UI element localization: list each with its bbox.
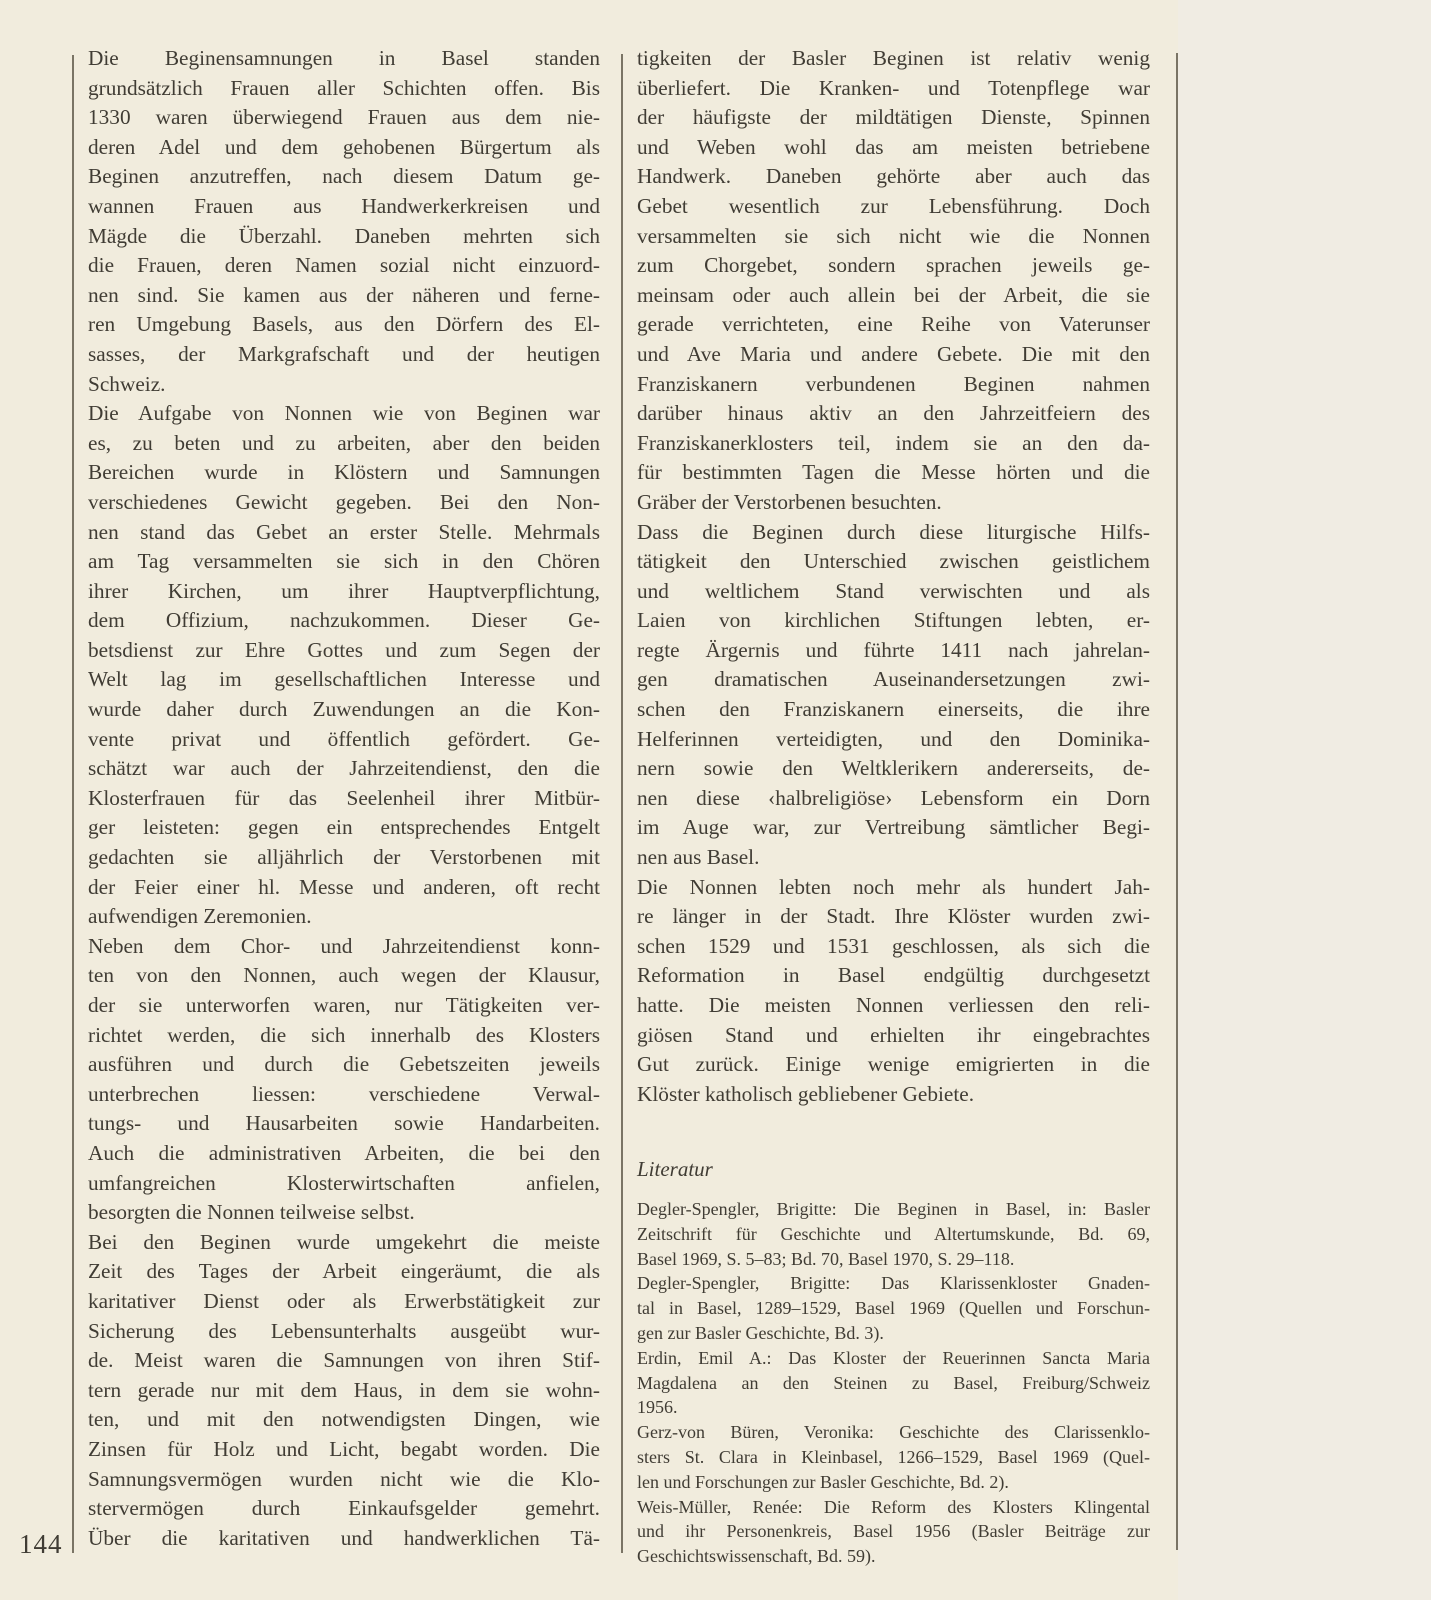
text-line: umfangreichen Klosterwirtschaften anfiel… (88, 1169, 600, 1199)
text-line: hatte. Die meisten Nonnen verliessen den… (637, 991, 1150, 1021)
text-line: tal in Basel, 1289–1529, Basel 1969 (Que… (637, 1296, 1150, 1321)
text-line: sasses, der Markgrafschaft und der heuti… (88, 340, 600, 370)
text-line: de. Meist waren die Samnungen von ihren … (88, 1346, 600, 1376)
text-line: ren Umgebung Basels, aus den Dörfern des… (88, 310, 600, 340)
text-line: Erdin, Emil A.: Das Kloster der Reuerinn… (637, 1346, 1150, 1371)
text-line: der sie unterworfen waren, nur Tätigkeit… (88, 991, 600, 1021)
right-text-column: tigkeiten der Basler Beginen ist relativ… (637, 44, 1150, 1569)
right-column-body-text: tigkeiten der Basler Beginen ist relativ… (637, 44, 1150, 1109)
text-line: Mägde die Überzahl. Daneben mehrten sich (88, 222, 600, 252)
text-line: Dass die Beginen durch diese liturgische… (637, 518, 1150, 548)
text-line: ger leisteten: gegen ein entsprechendes … (88, 813, 600, 843)
text-line: aufwendigen Zeremonien. (88, 902, 600, 932)
text-line: meinsam oder auch allein bei der Arbeit,… (637, 281, 1150, 311)
text-line: gedachten sie alljährlich der Verstorben… (88, 843, 600, 873)
text-line: dem Offizium, nachzukommen. Dieser Ge- (88, 606, 600, 636)
text-line: ten von den Nonnen, auch wegen der Klaus… (88, 961, 600, 991)
text-line: Sicherung des Lebensunterhalts ausgeübt … (88, 1317, 600, 1347)
text-line: besorgten die Nonnen teilweise selbst. (88, 1198, 600, 1228)
text-line: karitativer Dienst oder als Erwerbstätig… (88, 1287, 600, 1317)
text-line: die Frauen, deren Namen sozial nicht ein… (88, 251, 600, 281)
scanned-book-page: 144 Die Beginensamnungen in Basel stande… (0, 0, 1431, 1600)
text-line: grundsätzlich Frauen aller Schichten off… (88, 74, 600, 104)
literature-heading: Literatur (637, 1155, 1150, 1185)
page-number: 144 (19, 1529, 63, 1559)
text-line: Schweiz. (88, 370, 600, 400)
page-right-margin (1178, 0, 1431, 1600)
text-line: gen zur Basler Geschichte, Bd. 3). (637, 1321, 1150, 1346)
literature-entries: Degler-Spengler, Brigitte: Die Beginen i… (637, 1197, 1150, 1569)
text-line: Handwerk. Daneben gehörte aber auch das (637, 162, 1150, 192)
right-margin-rule (1176, 53, 1178, 1550)
text-line: Reformation in Basel endgültig durchgese… (637, 961, 1150, 991)
text-line: wannen Frauen aus Handwerkerkreisen und (88, 192, 600, 222)
text-line: nen sind. Sie kamen aus der näheren und … (88, 281, 600, 311)
text-line: schätzt war auch der Jahrzeitendienst, d… (88, 754, 600, 784)
text-line: unterbrechen liessen: verschiedene Verwa… (88, 1080, 600, 1110)
text-line: Geschichtswissenschaft, Bd. 59). (637, 1544, 1150, 1569)
text-line: regte Ärgernis und führte 1411 nach jahr… (637, 636, 1150, 666)
text-line: 1330 waren überwiegend Frauen aus dem ni… (88, 103, 600, 133)
text-line: Welt lag im gesellschaftlichen Interesse… (88, 665, 600, 695)
text-line: am Tag versammelten sie sich in den Chör… (88, 547, 600, 577)
text-line: tungs- und Hausarbeiten sowie Handarbeit… (88, 1109, 600, 1139)
text-line: schen 1529 und 1531 geschlossen, als sic… (637, 932, 1150, 962)
column-divider-rule (621, 54, 623, 1553)
text-line: schen den Franziskanern einerseits, die … (637, 695, 1150, 725)
text-line: len und Forschungen zur Basler Geschicht… (637, 1470, 1150, 1495)
text-line: Klosterfrauen für das Seelenheil ihrer M… (88, 784, 600, 814)
text-line: Gebet wesentlich zur Lebensführung. Doch (637, 192, 1150, 222)
text-line: der Feier einer hl. Messe und anderen, o… (88, 873, 600, 903)
text-line: richtet werden, die sich innerhalb des K… (88, 1021, 600, 1051)
text-line: Laien von kirchlichen Stiftungen lebten,… (637, 606, 1150, 636)
text-line: der häufigste der mildtätigen Dienste, S… (637, 103, 1150, 133)
text-line: stervermögen durch Einkaufsgelder gemehr… (88, 1494, 600, 1524)
text-line: Klöster katholisch gebliebener Gebiete. (637, 1080, 1150, 1110)
text-line: zum Chorgebet, sondern sprachen jeweils … (637, 251, 1150, 281)
text-line: Beginen anzutreffen, nach diesem Datum g… (88, 162, 600, 192)
text-line: und Ave Maria und andere Gebete. Die mit… (637, 340, 1150, 370)
text-line: Die Nonnen lebten noch mehr als hundert … (637, 873, 1150, 903)
text-line: nen stand das Gebet an erster Stelle. Me… (88, 518, 600, 548)
text-line: nen diese ‹halbreligiöse› Lebensform ein… (637, 784, 1150, 814)
text-line: Franziskanerklosters teil, indem sie an … (637, 429, 1150, 459)
text-line: Magdalena an den Steinen zu Basel, Freib… (637, 1371, 1150, 1396)
text-line: Zeitschrift für Geschichte und Altertums… (637, 1222, 1150, 1247)
text-line: Basel 1969, S. 5–83; Bd. 70, Basel 1970,… (637, 1247, 1150, 1272)
text-line: nern sowie den Weltklerikern andererseit… (637, 754, 1150, 784)
text-line: sters St. Clara in Kleinbasel, 1266–1529… (637, 1445, 1150, 1470)
text-line: Zinsen für Holz und Licht, begabt worden… (88, 1435, 600, 1465)
text-line: Gräber der Verstorbenen besuchten. (637, 488, 1150, 518)
text-line: Degler-Spengler, Brigitte: Das Klarissen… (637, 1271, 1150, 1296)
left-margin-rule (72, 55, 74, 1553)
text-line: und ihr Personenkreis, Basel 1956 (Basle… (637, 1519, 1150, 1544)
text-line: im Auge war, zur Vertreibung sämtlicher … (637, 813, 1150, 843)
text-line: 1956. (637, 1395, 1150, 1420)
text-line: verschiedenes Gewicht gegeben. Bei den N… (88, 488, 600, 518)
text-line: deren Adel und dem gehobenen Bürgertum a… (88, 133, 600, 163)
text-line: Weis-Müller, Renée: Die Reform des Klost… (637, 1495, 1150, 1520)
text-line: und Weben wohl das am meisten betriebene (637, 133, 1150, 163)
text-line: Über die karitativen und handwerklichen … (88, 1524, 600, 1554)
text-line: und weltlichem Stand verwischten und als (637, 577, 1150, 607)
text-line: re länger in der Stadt. Ihre Klöster wur… (637, 902, 1150, 932)
text-line: gerade verrichteten, eine Reihe von Vate… (637, 310, 1150, 340)
text-line: Die Aufgabe von Nonnen wie von Beginen w… (88, 399, 600, 429)
text-line: Franziskanern verbundenen Beginen nahmen (637, 370, 1150, 400)
text-line: gen dramatischen Auseinandersetzungen zw… (637, 665, 1150, 695)
text-line: Helferinnen verteidigten, und den Domini… (637, 725, 1150, 755)
text-line: giösen Stand und erhielten ihr eingebrac… (637, 1021, 1150, 1051)
text-line: Samnungsvermögen wurden nicht wie die Kl… (88, 1465, 600, 1495)
text-line: nen aus Basel. (637, 843, 1150, 873)
text-line: Die Beginensamnungen in Basel standen (88, 44, 600, 74)
text-line: versammelten sie sich nicht wie die Nonn… (637, 222, 1150, 252)
text-line: Bei den Beginen wurde umgekehrt die meis… (88, 1228, 600, 1258)
text-line: überliefert. Die Kranken- und Totenpfleg… (637, 74, 1150, 104)
text-line: darüber hinaus aktiv an den Jahrzeitfeie… (637, 399, 1150, 429)
text-line: Bereichen wurde in Klöstern und Samnunge… (88, 458, 600, 488)
text-line: Degler-Spengler, Brigitte: Die Beginen i… (637, 1197, 1150, 1222)
text-line: wurde daher durch Zuwendungen an die Kon… (88, 695, 600, 725)
text-line: Neben dem Chor- und Jahrzeitendienst kon… (88, 932, 600, 962)
text-line: tätigkeit den Unterschied zwischen geist… (637, 547, 1150, 577)
text-line: ausführen und durch die Gebetszeiten jew… (88, 1050, 600, 1080)
text-line: ten, und mit den notwendigsten Dingen, w… (88, 1405, 600, 1435)
text-line: tigkeiten der Basler Beginen ist relativ… (637, 44, 1150, 74)
text-line: tern gerade nur mit dem Haus, in dem sie… (88, 1376, 600, 1406)
text-line: ihrer Kirchen, um ihrer Hauptverpflichtu… (88, 577, 600, 607)
text-line: betsdienst zur Ehre Gottes und zum Segen… (88, 636, 600, 666)
text-line: Auch die administrativen Arbeiten, die b… (88, 1139, 600, 1169)
text-line: Gut zurück. Einige wenige emigrierten in… (637, 1050, 1150, 1080)
text-line: es, zu beten und zu arbeiten, aber den b… (88, 429, 600, 459)
text-line: für bestimmten Tagen die Messe hörten un… (637, 458, 1150, 488)
text-line: Zeit des Tages der Arbeit eingeräumt, di… (88, 1257, 600, 1287)
text-line: vente privat und öffentlich gefördert. G… (88, 725, 600, 755)
left-text-column: Die Beginensamnungen in Basel standengru… (88, 44, 600, 1553)
text-line: Gerz-von Büren, Veronika: Geschichte des… (637, 1420, 1150, 1445)
